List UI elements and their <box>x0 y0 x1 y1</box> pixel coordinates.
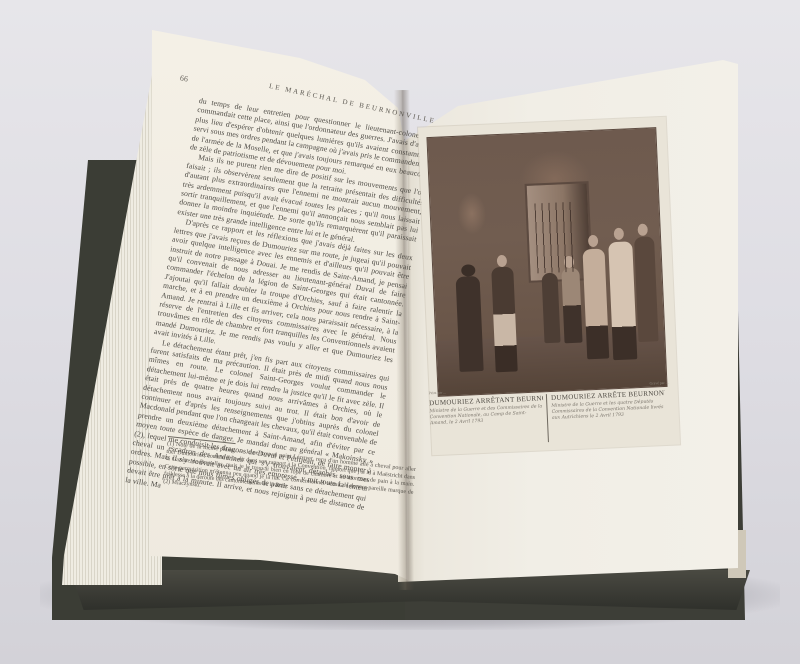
pikes <box>534 202 577 274</box>
figure-head <box>461 264 476 277</box>
figure-head <box>637 224 648 236</box>
figure-officer-hat <box>456 276 484 372</box>
figure-commissioner <box>634 236 659 342</box>
caption-divider <box>546 394 549 442</box>
caption-script: Ministre de la Guerre et des Commissaire… <box>429 404 544 427</box>
figure-soldier <box>541 273 560 344</box>
figure-head <box>588 235 599 247</box>
page-number: 66 <box>179 73 188 83</box>
engraver-credit-right: Gravé par ... <box>650 381 669 386</box>
engraving-illustration <box>426 127 667 397</box>
caption-column-right: DUMOURIEZ ARRÊTE BEURNONVILLE Ministre d… <box>551 389 667 448</box>
figure-commissioner <box>608 241 637 360</box>
figure-commissioner <box>582 248 609 359</box>
caption-column-left: DUMOURIEZ ARRÊTANT BEURNONVILLE Ministre… <box>429 394 545 453</box>
figure-head <box>497 255 508 267</box>
figure-officer-pointing <box>491 266 518 372</box>
engraver-credit-left: Peint par ... <box>429 391 447 396</box>
book-photograph: 66 LE MARÉCHAL DE BEURNONVILLE du temps … <box>0 0 800 664</box>
figure-soldier <box>561 268 582 344</box>
caption-script: Ministre de la Guerre et les quatre Dépu… <box>551 399 666 422</box>
figure-head <box>614 228 625 240</box>
plate-caption: Peint par ... Gravé par ... DUMOURIEZ AR… <box>429 385 671 455</box>
